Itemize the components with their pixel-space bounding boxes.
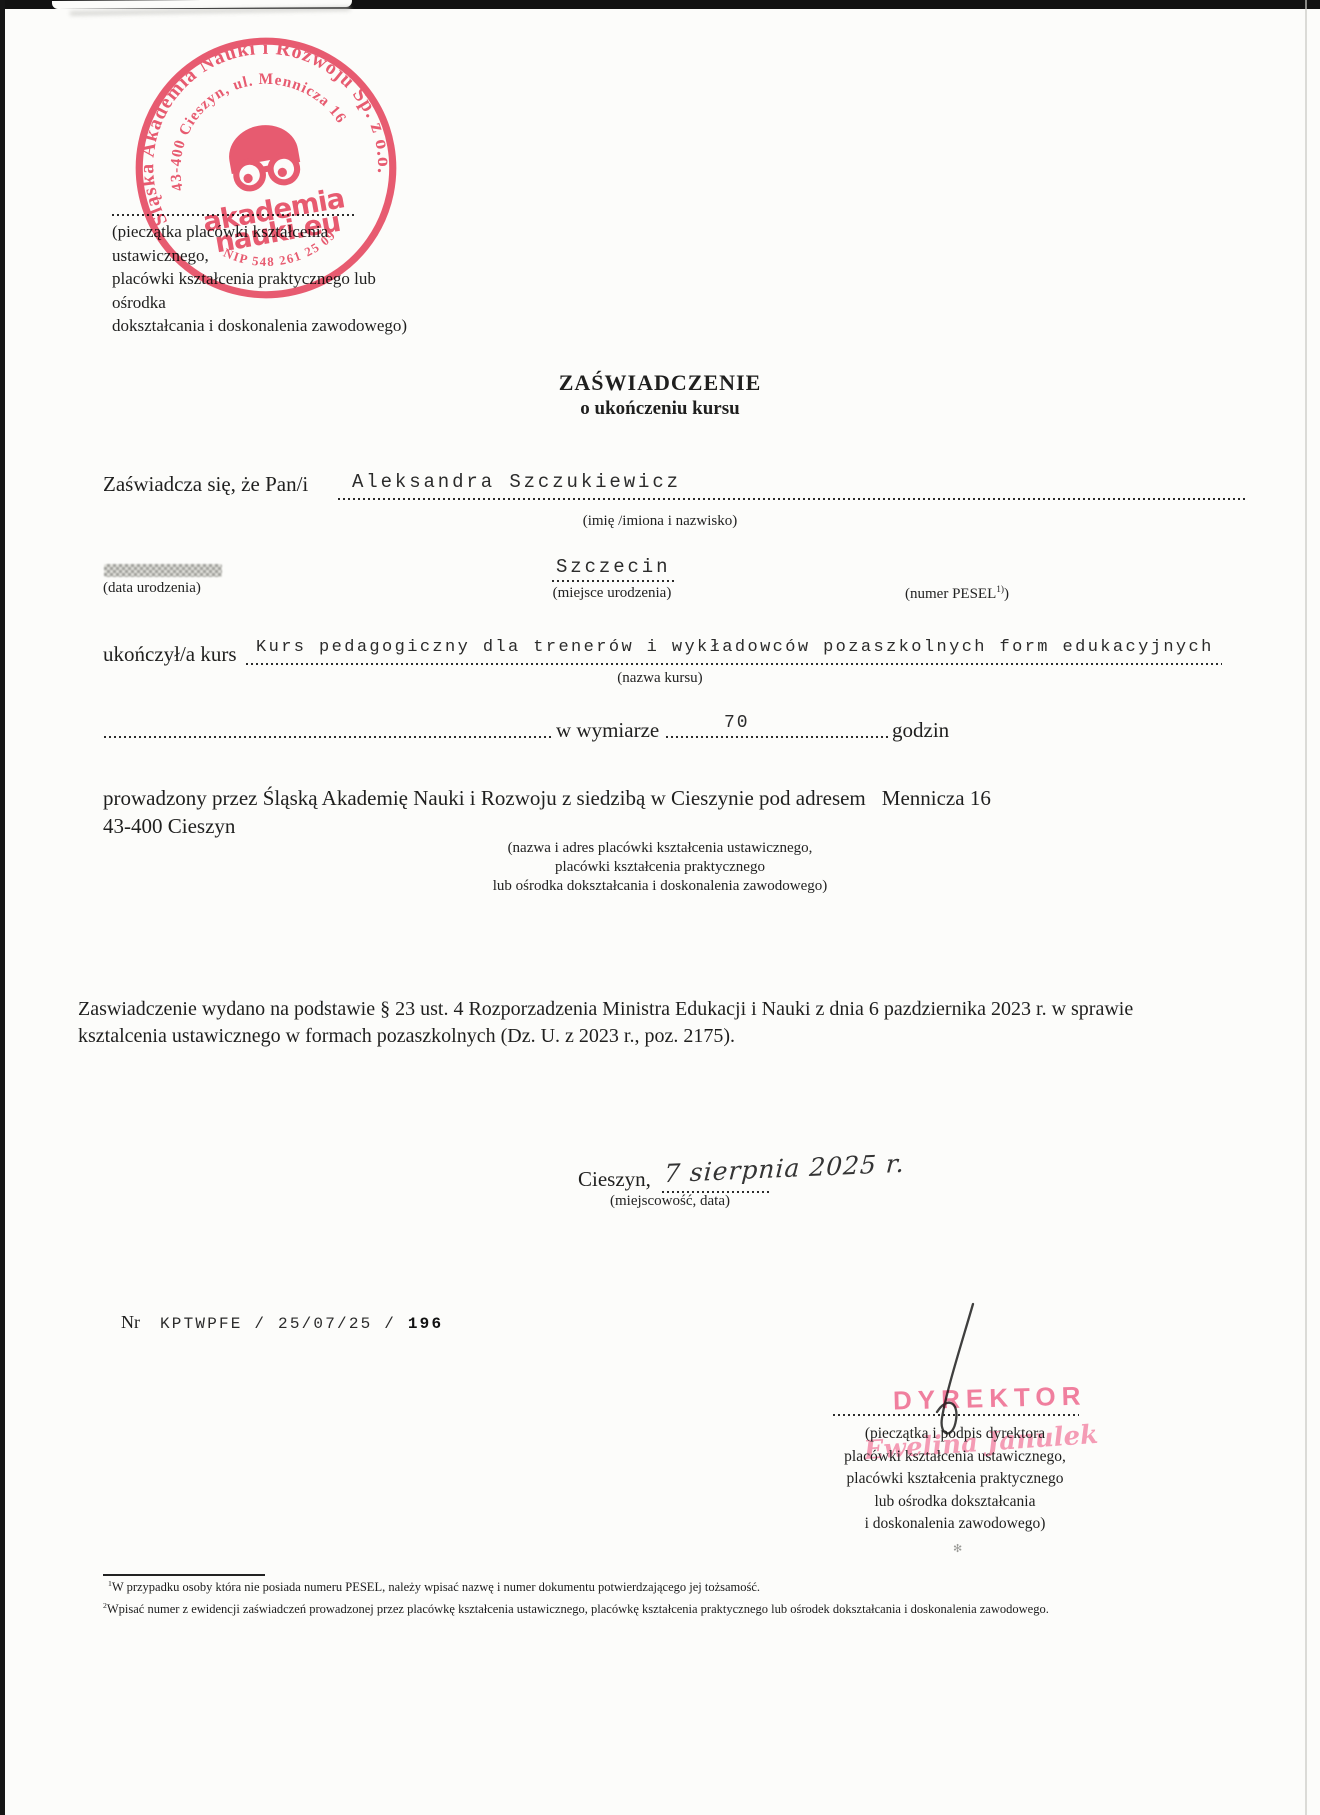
provider-caption-line: lub ośrodka dokształcania i doskonalenia… — [0, 878, 1320, 895]
birth-place-dotted-line — [552, 580, 676, 583]
hours-value: 70 — [724, 713, 750, 733]
scan-artifact-right-edge — [1305, 0, 1307, 1815]
birth-place-caption: (miejsce urodzenia) — [497, 585, 727, 602]
footnote-separator-rule — [103, 1574, 265, 1576]
handwritten-issue-date: 7 sierpnia 2025 r. — [663, 1149, 906, 1189]
recipient-caption: (imię /imiona i nazwisko) — [0, 513, 1320, 530]
signature-caption-line: (pieczątka i podpis dyrektora — [805, 1423, 1105, 1446]
signature-dotted-line — [833, 1414, 1079, 1417]
hours-label: w wymiarze — [556, 718, 659, 743]
document-title: ZAŚWIADCZENIE — [0, 370, 1320, 396]
signature-caption-line: lub ośrodka dokształcania — [805, 1491, 1105, 1514]
course-prefix-label: ukończył/a kurs — [103, 642, 237, 667]
birth-place-value: Szczecin — [556, 556, 670, 578]
pesel-footnote-marker: 1) — [996, 585, 1004, 595]
issue-caption: (miejscowość, data) — [560, 1193, 780, 1210]
hours-dotted-line-left — [104, 736, 551, 739]
signature-caption-line: placówki kształcenia ustawicznego, — [805, 1446, 1105, 1469]
recipient-name-value: Aleksandra Szczukiewicz — [352, 471, 681, 493]
institution-round-stamp: Śląska Akademia Nauki i Rozwoju Sp. z o.… — [128, 30, 404, 306]
pesel-caption-close: ) — [1004, 586, 1009, 602]
legal-basis-line: ksztalcenia ustawicznego w formach pozas… — [78, 1023, 1228, 1050]
course-name-value: Kurs pedagogiczny dla trenerów i wykłado… — [256, 638, 1214, 657]
birth-date-caption: (data urodzenia) — [103, 580, 201, 597]
certificate-scan-page: (pieczątka placówki kształcenia ustawicz… — [0, 0, 1320, 1815]
course-caption: (nazwa kursu) — [0, 670, 1320, 687]
footnote-2-text: Wpisać numer z ewidencji zaświadczeń pro… — [107, 1602, 1049, 1616]
recipient-dotted-line — [338, 498, 1246, 501]
issue-place-label: Cieszyn, — [578, 1167, 651, 1192]
provider-text: prowadzony przez Śląską Akademię Nauki i… — [103, 786, 866, 810]
footnote-2: 2Wpisać numer z ewidencji zaświadczeń pr… — [103, 1600, 1049, 1618]
pesel-caption-text: (numer PESEL — [905, 586, 996, 602]
legal-basis-line: Zaswiadczenie wydano na podstawie § 23 u… — [78, 996, 1228, 1023]
provider-line: prowadzony przez Śląską Akademię Nauki i… — [103, 786, 991, 811]
hours-dotted-line-mid — [666, 736, 890, 739]
provider-caption-line: (nazwa i adres placówki kształcenia usta… — [0, 840, 1320, 857]
provider-caption-line: placówki kształcenia praktycznego — [0, 859, 1320, 876]
certificate-number-label: Nr — [121, 1312, 140, 1332]
certificate-number-line: NrKPTWPFE / 25/07/25 / 196 — [121, 1312, 443, 1333]
recipient-prefix-label: Zaświadcza się, że Pan/i — [103, 472, 308, 497]
director-title-stamp: DYREKTOR — [893, 1380, 1087, 1416]
course-dotted-line — [246, 663, 1222, 666]
certificate-number-serial: 196 — [408, 1315, 443, 1333]
scan-artifact-left-edge — [0, 0, 5, 1815]
birth-date-redacted-value — [104, 564, 222, 577]
document-subtitle: o ukończeniu kursu — [0, 398, 1320, 420]
signature-caption-line: i doskonalenia zawodowego) — [805, 1513, 1105, 1536]
pesel-caption: (numer PESEL1)) — [905, 586, 1009, 603]
signature-caption-line: placówki kształcenia praktycznego — [805, 1468, 1105, 1491]
scan-artifact-dot: ✻ — [953, 1542, 961, 1550]
footnote-1-text: W przypadku osoby która nie posiada nume… — [112, 1580, 760, 1594]
stamp-caption-line: dokształcania i doskonalenia zawodowego) — [112, 314, 412, 338]
provider-city: 43-400 Cieszyn — [103, 814, 235, 839]
hours-suffix-label: godzin — [892, 718, 949, 743]
academy-logo-face-icon — [224, 120, 303, 191]
footnote-1: 1W przypadku osoby która nie posiada num… — [108, 1578, 760, 1596]
signature-caption: (pieczątka i podpis dyrektora placówki k… — [805, 1423, 1105, 1536]
legal-basis-paragraph: Zaswiadczenie wydano na podstawie § 23 u… — [78, 996, 1228, 1050]
certificate-number-value: KPTWPFE / 25/07/25 / — [160, 1315, 396, 1333]
provider-address: Mennicza 16 — [882, 786, 991, 810]
